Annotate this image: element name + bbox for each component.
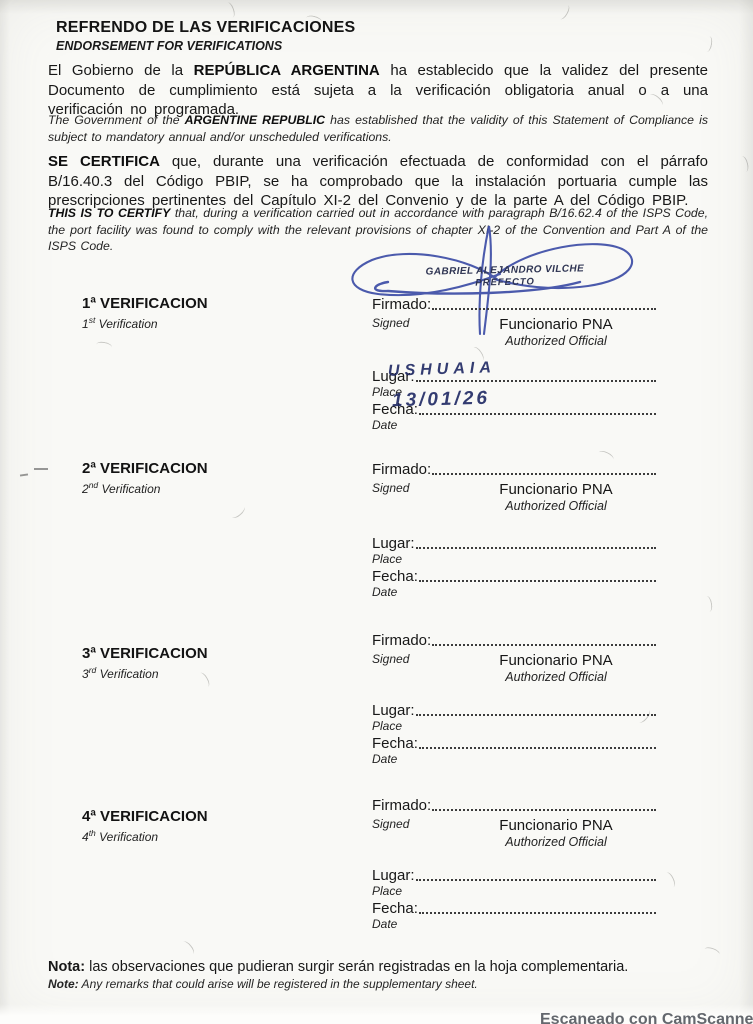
- scan-artifact: [703, 946, 721, 959]
- intro-es-bold: REPÚBLICA ARGENTINA: [194, 62, 380, 79]
- scan-artifact: [738, 155, 750, 173]
- page-subtitle: ENDORSEMENT FOR VERIFICATIONS: [56, 39, 355, 53]
- verification-2-label: 2ª VERIFICACION 2nd Verification: [82, 460, 208, 496]
- verification-1-label: 1ª VERIFICACION 1st Verification: [82, 295, 208, 331]
- certification-paragraph-es: SE CERTIFICA que, durante una verificaci…: [48, 152, 708, 211]
- verification-4-signature-fields: Firmado: SignedFuncionario PNA Authorize…: [372, 797, 658, 849]
- official-label-es: Funcionario PNA: [454, 652, 658, 669]
- dotted-line: [416, 714, 656, 716]
- date-label-en: Date: [372, 752, 658, 768]
- official-label-en: Authorized Official: [454, 835, 658, 849]
- signed-label-en: Signed: [372, 316, 454, 330]
- note-body-en: Any remarks that could arise will be reg…: [79, 977, 478, 991]
- ordinal-number: 2: [82, 482, 89, 496]
- intro-paragraph-es: El Gobierno de la REPÚBLICA ARGENTINA ha…: [48, 61, 708, 120]
- dotted-line: [432, 809, 656, 811]
- verification-2-signature-fields: Firmado: SignedFuncionario PNA Authorize…: [372, 461, 658, 513]
- scanned-document-page: REFRENDO DE LAS VERIFICACIONES ENDORSEME…: [0, 0, 753, 1024]
- scan-artifact: [597, 449, 615, 463]
- note-body-es: las observaciones que pudieran surgir se…: [85, 959, 628, 975]
- verification-3-signature-fields: Firmado: SignedFuncionario PNA Authorize…: [372, 632, 658, 684]
- dotted-line: [419, 413, 656, 415]
- ordinal-word: Verification: [102, 482, 161, 496]
- note-text-en: Note: Any remarks that could arise will …: [48, 977, 708, 991]
- intro-paragraph-en: The Government of the ARGENTINE REPUBLIC…: [48, 112, 708, 145]
- signed-label-en: Signed: [372, 652, 454, 666]
- scan-artifact: [663, 871, 677, 889]
- dotted-line: [416, 879, 656, 881]
- note-label-en: Note:: [48, 977, 79, 991]
- intro-en-text: The Government of the: [48, 113, 185, 127]
- scan-artifact: [180, 939, 196, 956]
- place-label-en: Place: [372, 552, 658, 568]
- official-label-en: Authorized Official: [454, 499, 658, 513]
- verification-2-place-date-fields: Lugar: Place Fecha: Date: [372, 535, 658, 601]
- signed-label-en: Signed: [372, 481, 454, 495]
- official-label-es: Funcionario PNA: [454, 481, 658, 498]
- ordinal-suffix: st: [89, 315, 96, 325]
- verification-1-place-date-fields: USHUAIA 13/01/26 Lugar: Place Fecha: Dat…: [372, 368, 658, 434]
- dotted-line: [416, 547, 656, 549]
- place-label-en: Place: [372, 884, 658, 900]
- official-label-es: Funcionario PNA: [454, 316, 658, 333]
- intro-es-text: El Gobierno de la: [48, 62, 194, 79]
- intro-en-bold: ARGENTINE REPUBLIC: [185, 113, 325, 127]
- document-header: REFRENDO DE LAS VERIFICACIONES ENDORSEME…: [56, 19, 355, 53]
- scan-artifact: [95, 341, 112, 352]
- ordinal-word: Verification: [99, 830, 158, 844]
- note-label-es: Nota:: [48, 959, 85, 975]
- ordinal-word: Verification: [99, 317, 158, 331]
- place-label-es: Lugar:: [372, 867, 415, 884]
- verification-1-label-es: 1ª VERIFICACION: [82, 295, 208, 312]
- verification-1-label-en: 1st Verification: [82, 315, 208, 331]
- place-label-en: Place: [372, 385, 658, 401]
- verification-1-signature-fields: Firmado: SignedFuncionario PNA Authorize…: [372, 296, 658, 348]
- dotted-line: [432, 308, 656, 310]
- place-label-en: Place: [372, 719, 658, 735]
- place-label-es: Lugar:: [372, 535, 415, 552]
- ordinal-suffix: rd: [89, 665, 97, 675]
- stamp-officer-name: GABRIEL ALEJANDRO VILCHE: [412, 263, 598, 278]
- scan-artifact: [224, 1, 237, 19]
- date-label-en: Date: [372, 585, 658, 601]
- note-section: Nota: las observaciones que pudieran sur…: [48, 959, 708, 991]
- scan-artifact: [470, 345, 486, 363]
- scan-artifact: [229, 504, 246, 520]
- scan-artifact: [636, 707, 652, 724]
- date-label-en: Date: [372, 917, 658, 933]
- official-label-es: Funcionario PNA: [454, 817, 658, 834]
- place-label-es: Lugar:: [372, 368, 415, 385]
- dotted-line: [432, 644, 656, 646]
- signed-label-es: Firmado:: [372, 296, 431, 313]
- officer-stamp: GABRIEL ALEJANDRO VILCHE PREFECTO: [412, 263, 598, 290]
- verification-3-label-es: 3ª VERIFICACION: [82, 645, 208, 662]
- ordinal-number: 4: [82, 830, 89, 844]
- scan-artifact: [20, 473, 28, 476]
- certification-en-bold: THIS IS TO CERTIFY: [48, 206, 170, 220]
- signed-label-es: Firmado:: [372, 461, 431, 478]
- verification-3-place-date-fields: Lugar: Place Fecha: Date: [372, 702, 658, 768]
- handwritten-place-value: USHUAIA: [388, 359, 496, 381]
- dotted-line: [419, 580, 656, 582]
- verification-4-place-date-fields: Lugar: Place Fecha: Date: [372, 867, 658, 933]
- verification-4-label-en: 4th Verification: [82, 828, 208, 844]
- ordinal-word: Verification: [100, 667, 159, 681]
- handwritten-date-value: 13/01/26: [392, 388, 491, 413]
- stamp-officer-title: PREFECTO: [412, 275, 598, 290]
- scan-artifact: [34, 468, 48, 470]
- verification-4-label-es: 4ª VERIFICACION: [82, 808, 208, 825]
- ordinal-number: 3: [82, 667, 89, 681]
- scan-artifact: [703, 595, 714, 612]
- signed-label-es: Firmado:: [372, 632, 431, 649]
- place-label-es: Lugar:: [372, 702, 415, 719]
- dotted-line: [416, 380, 656, 382]
- official-label-en: Authorized Official: [454, 670, 658, 684]
- scan-artifact: [557, 3, 572, 21]
- verification-3-label-en: 3rd Verification: [82, 665, 208, 681]
- ordinal-number: 1: [82, 317, 89, 331]
- certification-paragraph-en: THIS IS TO CERTIFY that, during a verifi…: [48, 205, 708, 255]
- verification-2-label-en: 2nd Verification: [82, 480, 208, 496]
- verification-3-label: 3ª VERIFICACION 3rd Verification: [82, 645, 208, 681]
- date-label-es: Fecha:: [372, 568, 418, 585]
- page-title: REFRENDO DE LAS VERIFICACIONES: [56, 19, 355, 37]
- scan-artifact: [703, 35, 714, 52]
- camscanner-watermark: Escaneado con CamScanner: [540, 1011, 753, 1024]
- date-label-en: Date: [372, 418, 658, 434]
- dotted-line: [419, 912, 656, 914]
- certification-es-bold: SE CERTIFICA: [48, 153, 160, 170]
- ordinal-suffix: th: [89, 828, 96, 838]
- ordinal-suffix: nd: [89, 480, 98, 490]
- signed-label-es: Firmado:: [372, 797, 431, 814]
- dotted-line: [432, 473, 656, 475]
- dotted-line: [419, 747, 656, 749]
- date-label-es: Fecha:: [372, 401, 418, 418]
- verification-4-label: 4ª VERIFICACION 4th Verification: [82, 808, 208, 844]
- official-label-en: Authorized Official: [454, 334, 658, 348]
- date-label-es: Fecha:: [372, 900, 418, 917]
- note-text-es: Nota: las observaciones que pudieran sur…: [48, 959, 708, 975]
- scan-artifact: [197, 671, 212, 689]
- signed-label-en: Signed: [372, 817, 454, 831]
- date-label-es: Fecha:: [372, 735, 418, 752]
- verification-2-label-es: 2ª VERIFICACION: [82, 460, 208, 477]
